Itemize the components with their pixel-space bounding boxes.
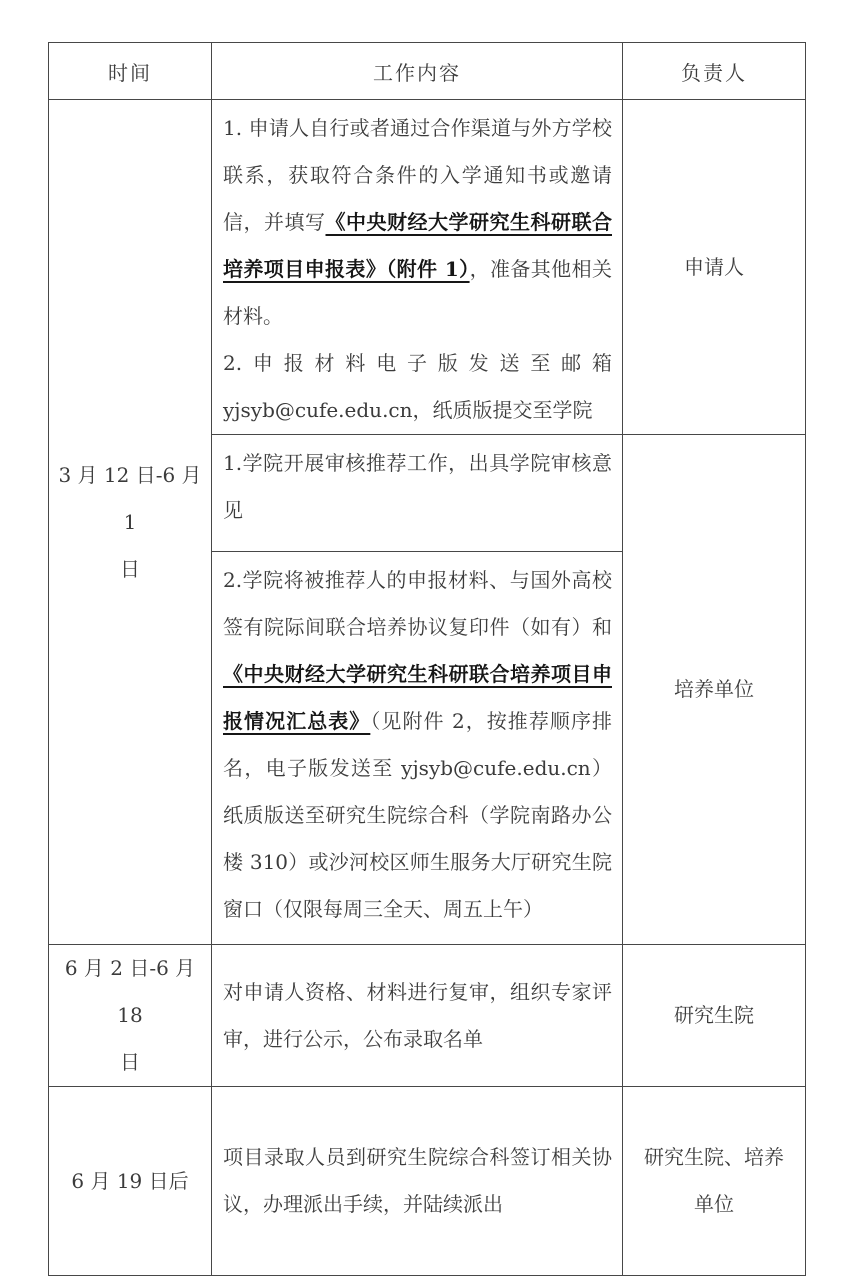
content-cell-materials-submission: 2.学院将被推荐人的申报材料、与国外高校签有院际间联合培养协议复印件（如有）和《… — [212, 552, 623, 945]
owner-cell-gs-and-unit: 研究生院、培养 单位 — [623, 1087, 806, 1276]
time-line: 6 月 2 日-6 月 18 — [53, 945, 207, 1039]
header-cell-time: 时间 — [49, 43, 212, 100]
content-cell-final-review: 对申请人资格、材料进行复审，组织专家评审，进行公示，公布录取名单 — [212, 945, 623, 1087]
schedule-table: 时间 工作内容 负责人 3 月 12 日-6 月 1 日 1. 申请人自行或者通… — [48, 42, 806, 1276]
owner-line: 单位 — [627, 1181, 801, 1228]
document-page: 时间 工作内容 负责人 3 月 12 日-6 月 1 日 1. 申请人自行或者通… — [0, 0, 844, 1278]
content-cell-application: 1. 申请人自行或者通过合作渠道与外方学校联系，获取符合条件的入学通知书或邀请信… — [212, 100, 623, 435]
time-cell-row3: 6 月 19 日后 — [49, 1087, 212, 1276]
time-cell-row2: 6 月 2 日-6 月 18 日 — [49, 945, 212, 1087]
header-cell-content: 工作内容 — [212, 43, 623, 100]
owner-cell-training-unit: 培养单位 — [623, 435, 806, 945]
time-line: 日 — [53, 1039, 207, 1086]
content-cell-college-review: 1.学院开展审核推荐工作，出具学院审核意见 — [212, 435, 623, 552]
owner-cell-applicant: 申请人 — [623, 100, 806, 435]
time-line: 3 月 12 日-6 月 1 — [53, 452, 207, 546]
content-cell-dispatch: 项目录取人员到研究生院综合科签订相关协议，办理派出手续，并陆续派出 — [212, 1087, 623, 1276]
time-cell-row1: 3 月 12 日-6 月 1 日 — [49, 100, 212, 945]
table-row: 6 月 2 日-6 月 18 日 对申请人资格、材料进行复审，组织专家评审，进行… — [49, 945, 806, 1087]
header-cell-owner: 负责人 — [623, 43, 806, 100]
table-row: 6 月 19 日后 项目录取人员到研究生院综合科签订相关协议，办理派出手续，并陆… — [49, 1087, 806, 1276]
owner-line: 研究生院、培养 — [627, 1134, 801, 1181]
header-row: 时间 工作内容 负责人 — [49, 43, 806, 100]
owner-cell-graduate-school: 研究生院 — [623, 945, 806, 1087]
time-line: 日 — [53, 546, 207, 593]
table-row: 3 月 12 日-6 月 1 日 1. 申请人自行或者通过合作渠道与外方学校联系… — [49, 100, 806, 435]
